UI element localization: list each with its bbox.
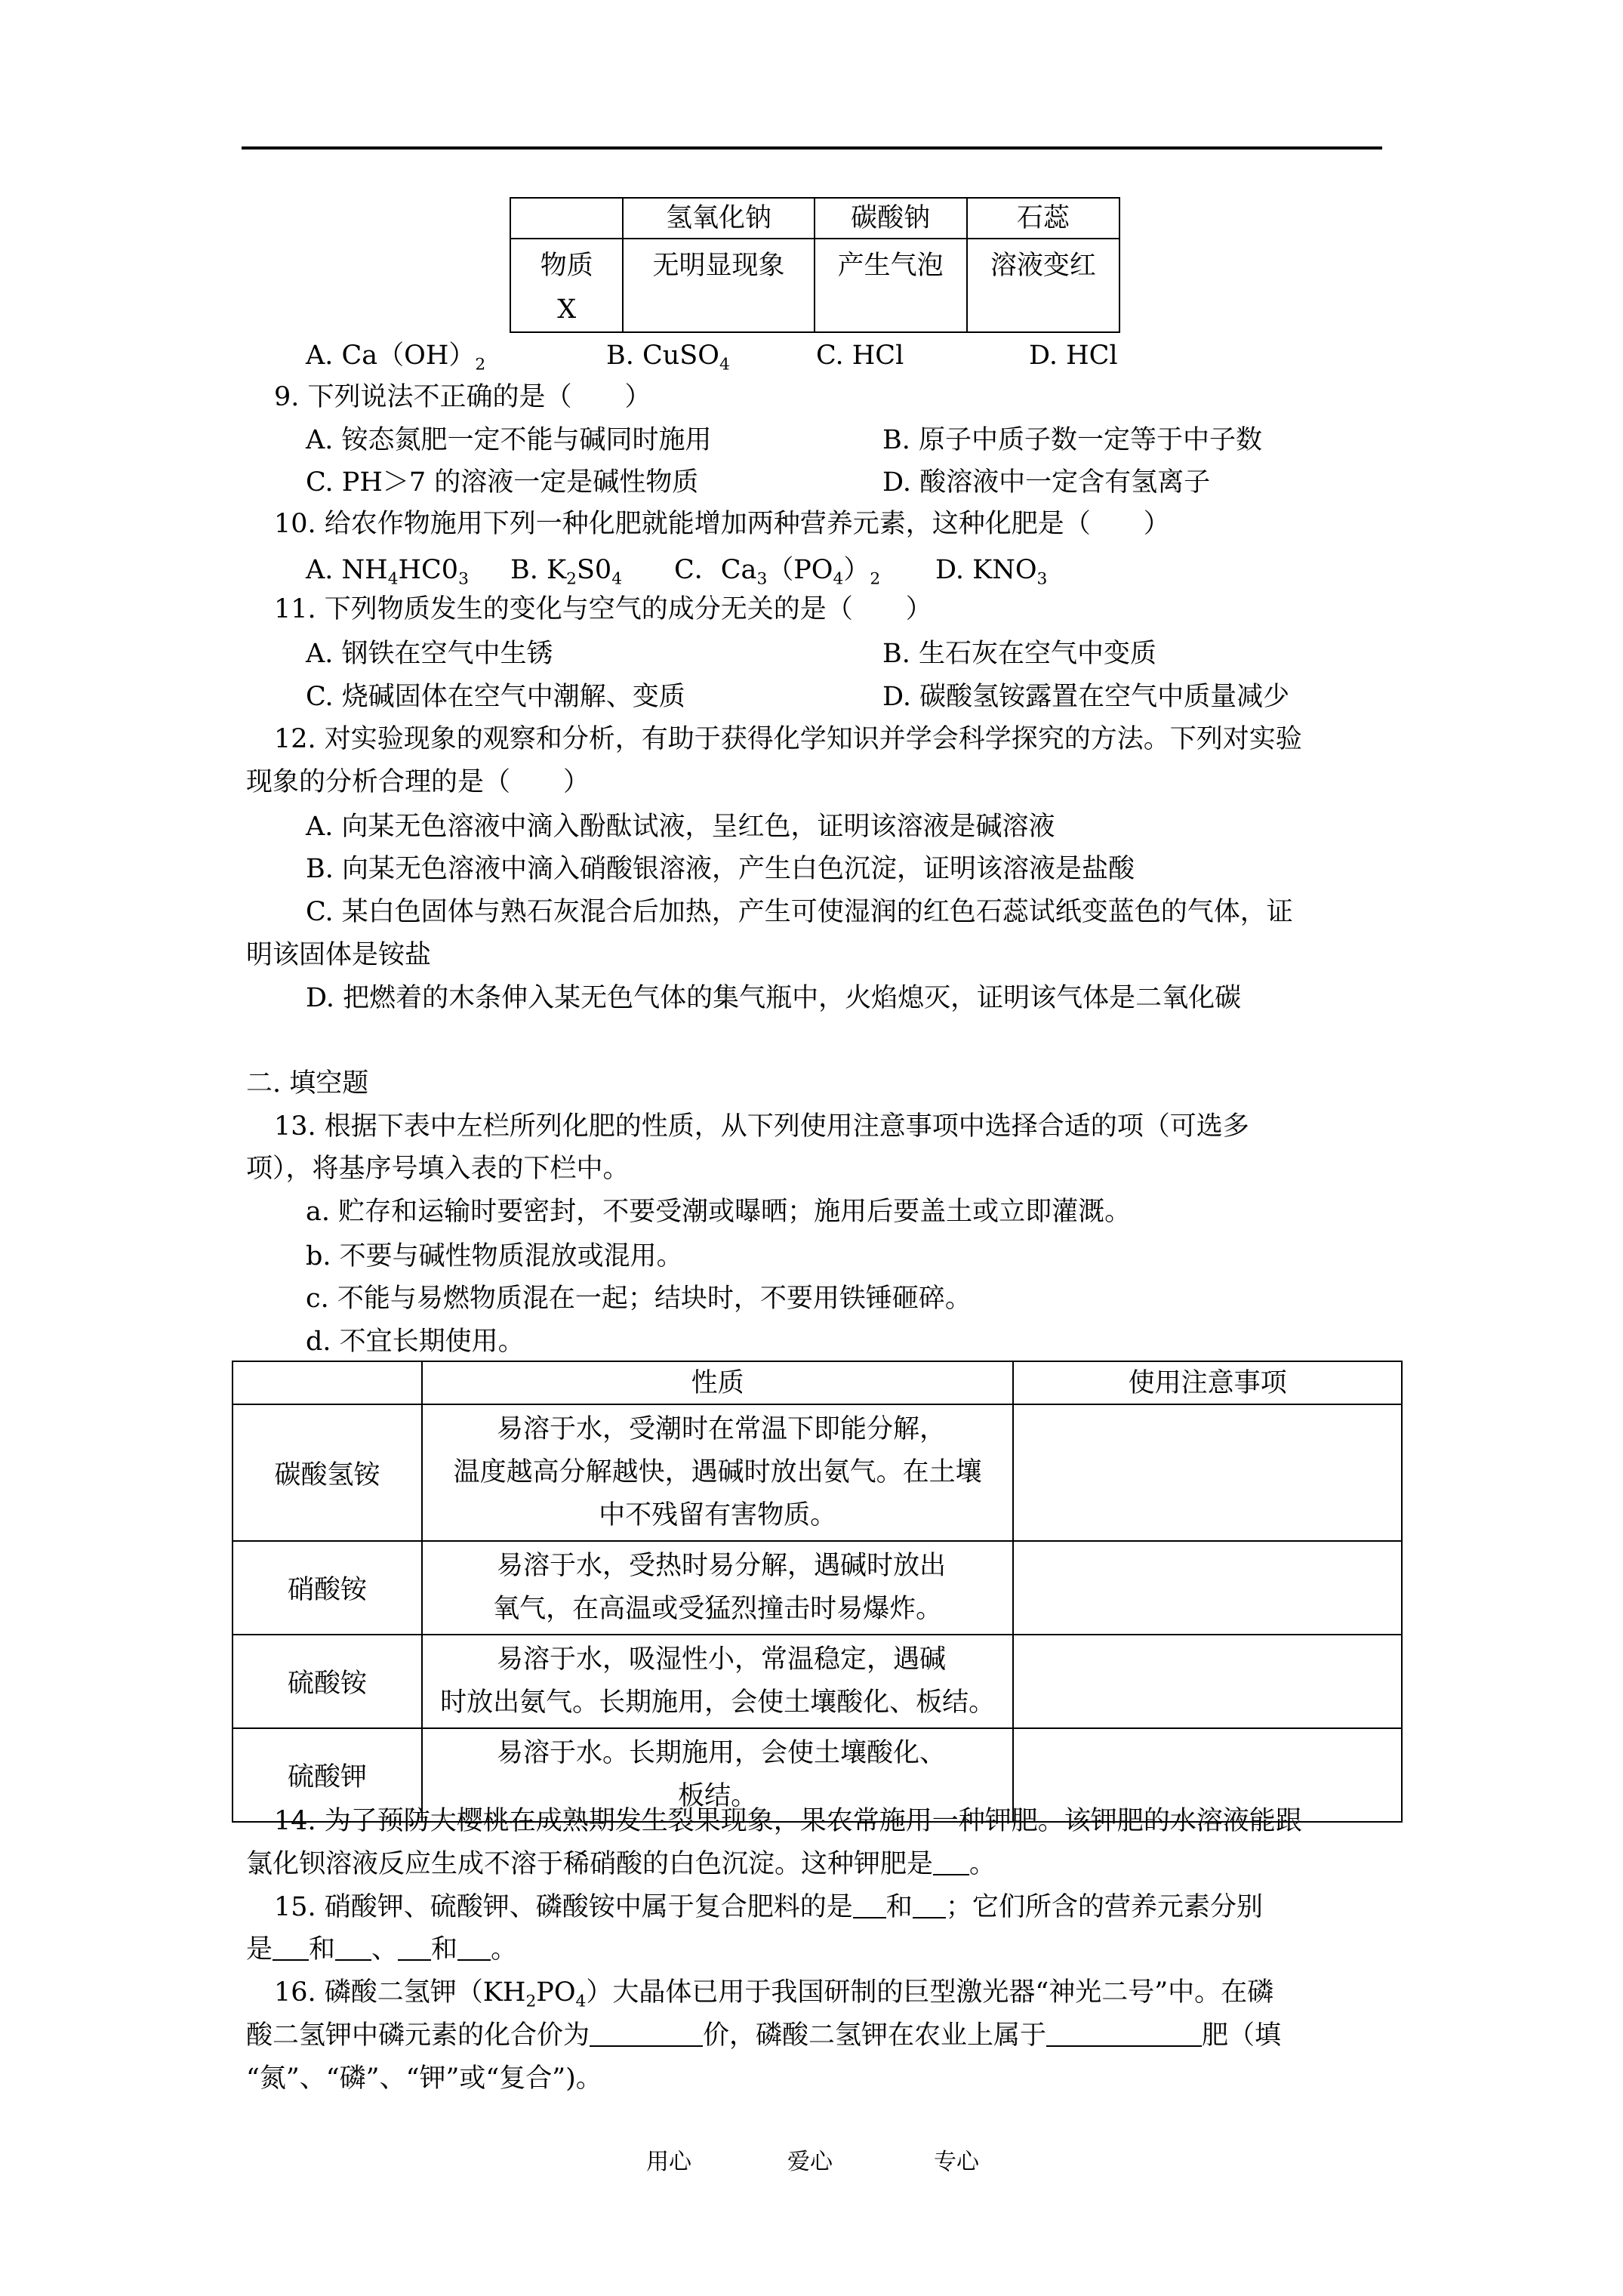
question-text: 、 — [371, 1934, 398, 1965]
q13-stem-line2: 项），将基序号填入表的下栏中。 — [246, 1152, 630, 1185]
subscript: 4 — [388, 570, 399, 589]
footer-middle: 爱心 — [787, 2147, 833, 2177]
table-row: 碳酸氢铵 易溶于水，受潮时在常温下即能分解， 温度越高分解越快，遇碱时放出氨气。… — [233, 1404, 1402, 1541]
subscript: 2 — [475, 356, 485, 374]
usage-note-input-cell[interactable] — [1013, 1404, 1402, 1541]
q8-option-c: C. HCl — [816, 339, 904, 372]
header-cell-usage-notes: 使用注意事项 — [1013, 1361, 1402, 1404]
answer-blank[interactable] — [933, 1851, 969, 1875]
question-text: PO — [536, 1977, 575, 2008]
footer-left: 用心 — [646, 2147, 691, 2177]
answer-blank[interactable] — [398, 1937, 431, 1961]
subscript: 3 — [756, 570, 767, 589]
table-cell: 无明显现象 — [623, 239, 814, 332]
q9-option-d: D. 酸溶液中一定含有氢离子 — [882, 466, 1210, 499]
fertilizer-property: 易溶于水，受热时易分解，遇碱时放出 氧气，在高温或受猛烈撞击时易爆炸。 — [422, 1541, 1013, 1635]
option-text: C．Ca — [674, 555, 756, 585]
question-text: 和 — [309, 1934, 335, 1965]
q12-option-c-line2: 明该固体是铵盐 — [246, 938, 431, 972]
q14-line1: 14. 为了预防大樱桃在成熟期发生裂果现象，果农常施用一种钾肥。该钾肥的水溶液能… — [274, 1804, 1302, 1838]
header-cell: 氢氧化钠 — [623, 198, 814, 239]
q12-option-b: B. 向某无色溶液中滴入硝酸银溶液，产生白色沉淀，证明该溶液是盐酸 — [306, 852, 1135, 886]
property-line: 中不残留有害物质。 — [433, 1494, 1002, 1537]
answer-blank[interactable] — [913, 1894, 946, 1918]
q12-stem-line2: 现象的分析合理的是（ ） — [246, 766, 590, 799]
question-text: 是 — [246, 1934, 273, 1965]
header-cell — [233, 1361, 422, 1404]
fertilizer-name: 硫酸铵 — [233, 1635, 422, 1728]
property-line: 易溶于水。长期施用，会使土壤酸化、 — [433, 1732, 1002, 1775]
q12-option-d: D. 把燃着的木条伸入某无色气体的集气瓶中，火焰熄灭，证明该气体是二氧化碳 — [306, 982, 1241, 1015]
q11-option-d: D. 碳酸氢铵露置在空气中质量减少 — [882, 680, 1289, 713]
q10-stem: 10. 给农作物施用下列一种化肥就能增加两种营养元素，这种化肥是（ ） — [274, 507, 1170, 541]
fertilizer-name: 硝酸铵 — [233, 1541, 422, 1635]
option-text: B. K — [510, 555, 566, 585]
property-line: 易溶于水，吸湿性小，常温稳定，遇碱 — [433, 1638, 1002, 1681]
header-cell: 碳酸钠 — [815, 198, 967, 239]
q11-option-c: C. 烧碱固体在空气中潮解、变质 — [306, 680, 685, 713]
fertilizer-property: 易溶于水，受潮时在常温下即能分解， 温度越高分解越快，遇碱时放出氨气。在土壤 中… — [422, 1404, 1013, 1541]
q11-option-b: B. 生石灰在空气中变质 — [882, 637, 1156, 670]
usage-note-input-cell[interactable] — [1013, 1635, 1402, 1728]
q12-option-c-line1: C. 某白色固体与熟石灰混合后加热，产生可使湿润的红色石蕊试纸变蓝色的气体，证 — [306, 895, 1293, 929]
q11-option-a: A. 钢铁在空气中生锈 — [306, 637, 553, 670]
subscript: 4 — [576, 1992, 587, 2011]
question-text: 。 — [969, 1849, 996, 1879]
subscript: 2 — [525, 1992, 536, 2011]
q9-option-c: C. PH＞7 的溶液一定是碱性物质 — [306, 466, 698, 499]
q15-line1: 15. 硝酸钾、硫酸钾、磷酸铵中属于复合肥料的是和；它们所含的营养元素分别 — [274, 1891, 1263, 1924]
q8-option-d: D. HCl — [1029, 339, 1118, 372]
usage-note-input-cell[interactable] — [1013, 1541, 1402, 1635]
subscript: 3 — [1037, 570, 1048, 589]
table-header-row: 性质 使用注意事项 — [233, 1361, 1402, 1404]
question-text: 和 — [886, 1892, 913, 1922]
option-text: B. CuSO — [606, 341, 719, 371]
subscript: 4 — [719, 356, 730, 374]
q10-option-a: A. NH4HC03 — [306, 553, 469, 587]
option-text: A. Ca（OH） — [306, 341, 475, 371]
q8-option-a: A. Ca（OH）2 — [306, 339, 485, 372]
question-text: 15. 硝酸钾、硫酸钾、磷酸铵中属于复合肥料的是 — [274, 1892, 853, 1922]
q16-line3: “氮”、“磷”、“钾”或“复合”)。 — [246, 2062, 602, 2095]
row-label-line1: 物质 — [540, 251, 593, 281]
answer-blank[interactable] — [457, 1937, 491, 1961]
table-row: 硫酸铵 易溶于水，吸湿性小，常温稳定，遇碱 时放出氨气。长期施用，会使土壤酸化、… — [233, 1635, 1402, 1728]
q10-option-c: C．Ca3（PO4）2 — [674, 553, 880, 587]
question-text: 和 — [431, 1934, 457, 1965]
answer-blank[interactable] — [273, 1937, 309, 1961]
property-line: 氧气，在高温或受猛烈撞击时易爆炸。 — [433, 1588, 1002, 1631]
header-cell: 石蕊 — [967, 198, 1119, 239]
q14-line2: 氯化钡溶液反应生成不溶于稀硝酸的白色沉淀。这种钾肥是。 — [246, 1848, 996, 1881]
answer-blank[interactable] — [853, 1894, 886, 1918]
question-text: ；它们所含的营养元素分别 — [946, 1892, 1263, 1922]
q12-option-a: A. 向某无色溶液中滴入酚酞试液，呈红色，证明该溶液是碱溶液 — [306, 810, 1055, 843]
fertilizer-property: 易溶于水，吸湿性小，常温稳定，遇碱 时放出氨气。长期施用，会使土壤酸化、板结。 — [422, 1635, 1013, 1728]
option-text: A. NH — [306, 555, 388, 585]
answer-blank-valence[interactable] — [590, 2023, 703, 2047]
fertilizer-table: 性质 使用注意事项 碳酸氢铵 易溶于水，受潮时在常温下即能分解， 温度越高分解越… — [232, 1361, 1403, 1823]
q13-item-c: c. 不能与易燃物质混在一起；结块时，不要用铁锤砸碎。 — [306, 1282, 972, 1315]
table-cell: 溶液变红 — [967, 239, 1119, 332]
header-rule — [242, 146, 1382, 149]
property-line: 易溶于水，受热时易分解，遇碱时放出 — [433, 1545, 1002, 1588]
q9-stem: 9. 下列说法不正确的是（ ） — [274, 381, 651, 414]
question-text: 。 — [491, 1934, 517, 1965]
answer-blank[interactable] — [335, 1937, 371, 1961]
q9-option-a: A. 铵态氮肥一定不能与碱同时施用 — [306, 424, 712, 457]
question-text: 肥（填 — [1202, 2020, 1281, 2051]
question-text: 氯化钡溶液反应生成不溶于稀硝酸的白色沉淀。这种钾肥是 — [246, 1849, 933, 1879]
q10-option-b: B. K2S04 — [510, 553, 622, 587]
table-row: 物质 X 无明显现象 产生气泡 溶液变红 — [510, 239, 1119, 332]
section-title-fill-in: 二. 填空题 — [246, 1067, 368, 1100]
q11-stem: 11. 下列物质发生的变化与空气的成分无关的是（ ） — [274, 593, 932, 626]
subscript: 2 — [870, 570, 880, 589]
option-text: （PO — [767, 555, 833, 585]
property-line: 温度越高分解越快，遇碱时放出氨气。在土壤 — [433, 1451, 1002, 1494]
q13-item-d: d. 不宜长期使用。 — [306, 1325, 525, 1358]
subscript: 2 — [566, 570, 577, 589]
property-line: 时放出氨气。长期施用，会使土壤酸化、板结。 — [433, 1681, 1002, 1724]
table-header-row: 氢氧化钠 碳酸钠 石蕊 — [510, 198, 1119, 239]
q12-stem-line1: 12. 对实验现象的观察和分析，有助于获得化学知识并学会科学探究的方法。下列对实… — [274, 723, 1302, 756]
q8-option-b: B. CuSO4 — [606, 339, 730, 372]
header-cell-property: 性质 — [422, 1361, 1013, 1404]
table-cell: 产生气泡 — [815, 239, 967, 332]
q16-line2: 酸二氢钾中磷元素的化合价为价，磷酸二氢钾在农业上属于肥（填 — [246, 2019, 1281, 2052]
q9-option-b: B. 原子中质子数一定等于中子数 — [882, 424, 1262, 457]
q10-option-d: D. KNO3 — [935, 553, 1047, 587]
row-label-line2: X — [557, 294, 576, 325]
question-text: 价，磷酸二氢钾在农业上属于 — [703, 2020, 1046, 2051]
q13-stem-line1: 13. 根据下表中左栏所列化肥的性质，从下列使用注意事项中选择合适的项（可选多 — [274, 1110, 1249, 1143]
question-text: 酸二氢钾中磷元素的化合价为 — [246, 2020, 590, 2051]
subscript: 3 — [458, 570, 469, 589]
option-text: S0 — [577, 555, 611, 585]
q13-item-b: b. 不要与碱性物质混放或混用。 — [306, 1240, 683, 1273]
question-text: 16. 磷酸二氢钾（KH — [274, 1977, 525, 2008]
question-text: ）大晶体已用于我国研制的巨型激光器“神光二号”中。在磷 — [586, 1977, 1273, 2008]
row-label: 物质 X — [510, 239, 623, 332]
property-line: 易溶于水，受潮时在常温下即能分解， — [433, 1408, 1002, 1451]
header-cell — [510, 198, 623, 239]
option-text: HC0 — [399, 555, 459, 585]
q8-reaction-table: 氢氧化钠 碳酸钠 石蕊 物质 X 无明显现象 产生气泡 溶液变红 — [510, 197, 1120, 333]
fertilizer-name: 碳酸氢铵 — [233, 1404, 422, 1541]
q15-line2: 是和、和。 — [246, 1933, 517, 1966]
footer-right: 专心 — [934, 2147, 979, 2177]
table-row: 硝酸铵 易溶于水，受热时易分解，遇碱时放出 氧气，在高温或受猛烈撞击时易爆炸。 — [233, 1541, 1402, 1635]
subscript: 4 — [611, 570, 622, 589]
option-text: ） — [843, 555, 870, 585]
q13-item-a: a. 贮存和运输时要密封，不要受潮或曝晒；施用后要盖土或立即灌溉。 — [306, 1195, 1131, 1228]
q16-line1: 16. 磷酸二氢钾（KH2PO4）大晶体已用于我国研制的巨型激光器“神光二号”中… — [274, 1976, 1273, 2009]
answer-blank-fertilizer-type[interactable] — [1046, 2023, 1202, 2047]
option-text: D. KNO — [935, 555, 1037, 585]
subscript: 4 — [833, 570, 844, 589]
